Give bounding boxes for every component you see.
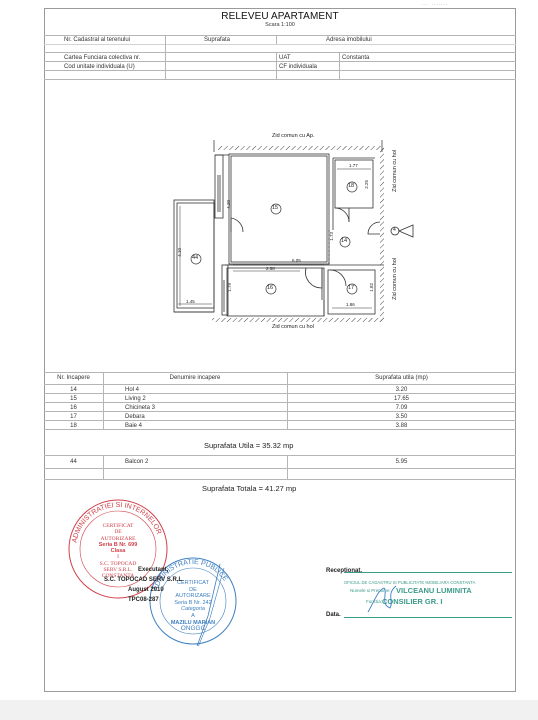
- balcony-suprafata: 5.95: [287, 459, 516, 465]
- rooms-table-line: [44, 384, 516, 385]
- rooms-table-line: [44, 411, 516, 412]
- room-row-denumire: Chicineta 3: [125, 405, 155, 411]
- dimension-1-86: 1.86: [346, 302, 355, 307]
- room-row-suprafata: 7.09: [287, 405, 516, 411]
- room-row-denumire: Debara: [125, 414, 145, 420]
- data-underline: [344, 617, 512, 618]
- executant-company: S.C. TOPOCAD SERV S.R.L.: [104, 577, 184, 583]
- room-row-suprafata: 3.50: [287, 414, 516, 420]
- blue-stamp-line: Categoria: [148, 606, 238, 613]
- room-number-14: 14: [341, 238, 347, 244]
- room-row-suprafata: 3.20: [287, 387, 516, 393]
- suprafata-totala: Suprafata Totala = 41.27 mp: [202, 484, 296, 493]
- room-number-15: 15: [272, 205, 278, 211]
- signature-mark: [364, 582, 404, 618]
- dimension-1-82: 1.82: [369, 283, 374, 292]
- dimension-1-79: 1.79: [227, 283, 232, 292]
- hatched-wall-bottom: [212, 318, 384, 322]
- rooms-table-line: [44, 455, 516, 456]
- dimension-4-10: 4.10: [177, 248, 182, 257]
- blue-stamp-line: Seria B Nr. 242: [148, 600, 238, 607]
- right-wall-label-bottom: Zid comun cu hol: [392, 258, 398, 300]
- hatched-wall-right: [380, 146, 384, 322]
- dimension-1-73: 1.73: [329, 232, 334, 241]
- room-row-nr: 18: [44, 423, 103, 429]
- balcony-denumire: Balcon 2: [125, 459, 148, 465]
- rooms-table-line: [44, 420, 516, 421]
- data-label: Data.: [326, 612, 341, 618]
- room-row-denumire: Living 2: [125, 396, 146, 402]
- bottom-wall-label: Zid comun cu hol: [272, 324, 314, 330]
- entrance-marker: 4: [393, 227, 396, 233]
- suprafata-utila-total: Suprafata Utila = 35.32 mp: [204, 441, 293, 450]
- room-row-denumire: Baie 4: [125, 423, 142, 429]
- floor-plan-drawing: [0, 0, 538, 720]
- room-number-16: 16: [267, 285, 273, 291]
- dimension-1-45: 1.45: [186, 299, 195, 304]
- dimension-2-25: 2.25: [364, 180, 369, 189]
- room-row-denumire: Hol 4: [125, 387, 139, 393]
- rooms-table-line: [44, 372, 516, 373]
- dimension-4-20: 4.20: [226, 200, 231, 209]
- rooms-table-line: [44, 429, 516, 430]
- blue-stamp-line: A: [148, 613, 238, 620]
- blue-stamp-line: ONGGC: [148, 626, 238, 633]
- room-number-44: 44: [192, 255, 198, 261]
- rooms-table-line: [44, 393, 516, 394]
- executant-code: TPC08-287: [128, 597, 159, 603]
- dimension-2-58: 2.58: [266, 266, 275, 271]
- rooms-table-line: [44, 402, 516, 403]
- header-suprafata-utila: Suprafata utila (mp): [287, 375, 516, 381]
- room-row-nr: 14: [44, 387, 103, 393]
- header-nr-incapere: Nr. Incapere: [44, 375, 103, 381]
- right-wall-label-top: Zid comun cu hol: [392, 150, 398, 192]
- room-row-suprafata: 17.65: [287, 396, 516, 402]
- dimension-1-77: 1.77: [349, 163, 358, 168]
- room-number-17: 17: [348, 285, 354, 291]
- blue-stamp-line: AUTORIZARE: [148, 593, 238, 600]
- rooms-table-divider: [103, 455, 104, 479]
- dimension-6-05: 6.05: [292, 258, 301, 263]
- executant-date: August 2010: [128, 587, 164, 593]
- rooms-table-line: [44, 479, 516, 480]
- ocpi-stamp: OFICIUL DE CADASTRU SI PUBLICITATE IMOBI…: [344, 572, 512, 612]
- room-row-nr: 15: [44, 396, 103, 402]
- ocpi-stamp-name: VILCEANU LUMINITA: [396, 586, 472, 595]
- balcony-nr: 44: [44, 459, 103, 465]
- header-denumire: Denumire incapere: [103, 375, 287, 381]
- top-wall-label: Zid comun cu Ap.: [272, 133, 315, 139]
- hatched-wall-top: [218, 146, 384, 150]
- room-number-18: 18: [348, 183, 354, 189]
- rooms-table-line: [44, 468, 516, 469]
- room-row-nr: 16: [44, 405, 103, 411]
- room-row-suprafata: 3.88: [287, 423, 516, 429]
- room-row-nr: 17: [44, 414, 103, 420]
- executant-label: Executant,: [138, 567, 168, 573]
